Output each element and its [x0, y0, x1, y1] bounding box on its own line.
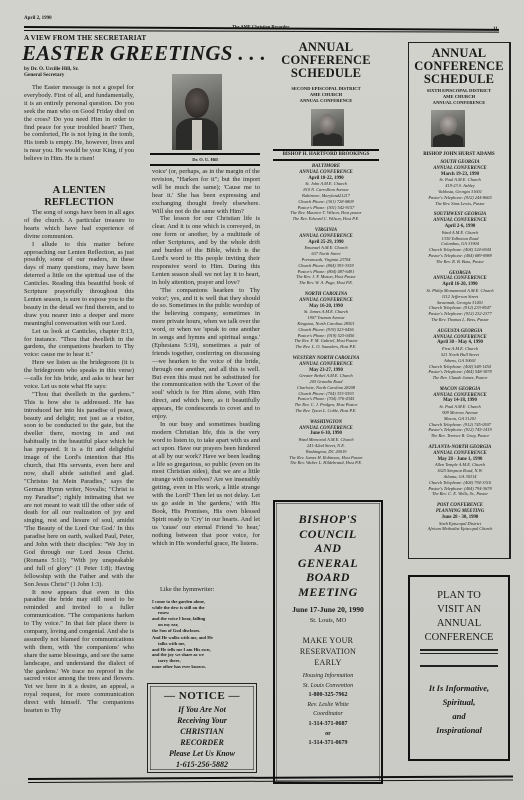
conference-line: The Rev. Tyson L. Coble, Host P.E.	[268, 408, 384, 414]
conference-baltimore: BALTIMORE ANNUAL CONFERENCE April 18-22,…	[268, 164, 384, 222]
title-line: AND	[275, 541, 381, 556]
byline-title: General Secretary	[24, 72, 79, 78]
conference-line: The Rev. Thomas L. Bess, Pastor	[404, 317, 516, 323]
conference-line: The Rev. Terence R. Gray, Pastor	[404, 433, 516, 439]
plan-tagline: It Is Informative, Spiritual, and Inspir…	[410, 681, 508, 737]
title-line: SCHEDULE	[273, 67, 379, 80]
callout-line: MAKE YOUR	[275, 635, 381, 646]
notice-line: Receiving Your	[148, 715, 256, 726]
bishop-brookings-name: BISHOP H. HARTFORD BROOKINGS	[268, 152, 384, 157]
meeting-city: St. Louis, MO	[275, 617, 381, 624]
conference-line: The Rev. Sims Lewis, Pastor	[404, 201, 516, 207]
caption-rule-bottom	[150, 164, 260, 166]
conference-virginia: VIRGINIA ANNUAL CONFERENCE April 25-29, …	[268, 228, 384, 286]
sixth-district-subtitle: SIXTH EPISCOPAL DISTRICT AME CHURCH ANNU…	[404, 88, 514, 105]
second-district-conference-list: BALTIMORE ANNUAL CONFERENCE April 18-22,…	[268, 164, 384, 472]
author-photo-caption: Dr. O. U. Hill	[150, 157, 260, 162]
housing-info: Housing Information St. Louis Convention…	[275, 672, 381, 749]
article-column-2: voice' (or, perhaps, as in the margin of…	[152, 168, 260, 548]
plan-rule-1b	[420, 653, 498, 654]
conference-line: The Rev. Walter L. Hildebrand, Host P.E.	[268, 460, 384, 466]
paragraph: It now appears that even in this paradis…	[24, 589, 134, 716]
issue-date: April 2, 1990	[24, 16, 52, 21]
photo-face	[185, 88, 209, 118]
conference-southwest-georgia: SOUTHWEST GEORGIA ANNUAL CONFERENCE Apri…	[404, 212, 516, 264]
meeting-date: June 17-June 20, 1990	[275, 605, 381, 614]
bishop-adams-photo	[431, 110, 465, 147]
tag-line: Spiritual,	[410, 695, 508, 709]
paragraph: Let us look at Canticles, chapter 8:13, …	[24, 328, 134, 360]
convention-name: St. Louis Convention	[275, 682, 381, 692]
conference-line: The Rev. Claude James, Pastor	[404, 375, 516, 381]
plan-rule-2	[420, 665, 498, 667]
article-column-1: The song of songs have been in all ages …	[24, 209, 134, 715]
coordinator-name: Rev. Leslie White	[275, 701, 381, 711]
photo-face	[319, 114, 336, 135]
reservation-callout: MAKE YOUR RESERVATION EARLY	[275, 635, 381, 668]
conference-line: The Rev. Edward C. Wilson, Host P.E.	[268, 216, 384, 222]
conference-augusta-georgia: AUGUSTA GEORGIA ANNUAL CONFERENCE April …	[404, 329, 516, 381]
conference-north-carolina: NORTH CAROLINA ANNUAL CONFERENCE May 16-…	[268, 292, 384, 350]
title-line: PLAN TO	[410, 589, 508, 603]
photo-face	[440, 114, 457, 136]
housing-label: Housing Information	[275, 672, 381, 682]
coordinator-phone-2: 1-314-371-0679	[275, 739, 381, 749]
plan-rule-1	[420, 649, 498, 651]
title-line: BISHOP'S	[275, 512, 381, 527]
notice-body: If You Are Not Receiving Your CHRISTIAN …	[148, 704, 256, 770]
title-line: BOARD	[275, 570, 381, 585]
hymn-intro: Like the hymnwriter:	[160, 586, 214, 593]
tag-line: and	[410, 709, 508, 723]
coordinator-phone-1: 1-314-371-0687	[275, 720, 381, 730]
photo-shirt	[192, 120, 202, 150]
second-district-title: ANNUAL CONFERENCE SCHEDULE	[273, 41, 379, 80]
subscription-notice-box: — NOTICE — If You Are Not Receiving Your…	[147, 683, 257, 773]
conference-line: The Rev. R. B. Bass, Pastor	[404, 259, 516, 265]
bishop-rule-bottom	[273, 159, 379, 161]
post-conference-planning-meeting: POST CONFERENCE PLANNING MEETING June 28…	[404, 503, 516, 532]
conference-atlanta-north-georgia: ATLANTA-NORTH GEORGIA ANNUAL CONFERENCE …	[404, 445, 516, 497]
coordinator-title: Coordinator	[275, 710, 381, 720]
newspaper-page: April 2, 1990 The AME Christian Recorder…	[0, 0, 524, 800]
notice-title: — NOTICE —	[148, 690, 256, 702]
sixth-district-conference-list: SOUTH GEORGIA ANNUAL CONFERENCE March 19…	[404, 160, 516, 538]
caption-rule-top	[150, 153, 260, 155]
bishops-council-box: BISHOP'S COUNCIL AND GENERAL BOARD MEETI…	[273, 500, 383, 784]
conference-washington: WASHINGTON ANNUAL CONFERENCE June 6-10, …	[268, 420, 384, 466]
hymn-line: none other has ever known.	[152, 664, 260, 670]
conference-line: The Rev. C. E. Wells, Sr., Pastor	[404, 491, 516, 497]
paragraph: I allude to this matter before approachi…	[24, 241, 134, 328]
conference-western-north-carolina: WESTERN NORTH CAROLINA ANNUAL CONFERENCE…	[268, 356, 384, 414]
plan-title: PLAN TO VISIT AN ANNUAL CONFERENCE	[410, 589, 508, 645]
second-district-subtitle: SECOND EPISCOPAL DISTRICT AME CHURCH ANN…	[273, 86, 379, 103]
callout-line: EARLY	[275, 657, 381, 668]
conference-line: The Rev. L. O. Saunders, Host P.E.	[268, 344, 384, 350]
paragraph: Here we listen as the bridegroom (it is …	[24, 359, 134, 391]
article-intro: The Easter message is not a gospel for e…	[24, 84, 134, 163]
bishop-brookings-photo	[311, 109, 344, 146]
title-line: COUNCIL	[275, 527, 381, 542]
notice-line: RECORDER	[148, 737, 256, 748]
housing-phone: 1-800-325-7962	[275, 691, 381, 701]
conference-macon-georgia: MACON GEORGIA ANNUAL CONFERENCE May 14-1…	[404, 387, 516, 439]
paragraph: The song of songs have been in all ages …	[24, 209, 134, 241]
bishops-council-title: BISHOP'S COUNCIL AND GENERAL BOARD MEETI…	[275, 512, 381, 599]
conference-line: The Rev. W. A. Page, Host P.E.	[268, 280, 384, 286]
notice-phone: 1-615-256-5882	[148, 759, 256, 770]
sixth-district-title: ANNUAL CONFERENCE SCHEDULE	[410, 47, 508, 86]
byline: by Dr. O. Urcille Hill, Sr. General Secr…	[24, 66, 79, 79]
conference-georgia: GEORGIA ANNUAL CONFERENCE April 16-20, 1…	[404, 271, 516, 323]
paragraph: 'The companions hearken to Thy voice'; y…	[152, 287, 260, 421]
intro-paragraph: The Easter message is not a gospel for e…	[24, 84, 134, 163]
paragraph: voice' (or, perhaps, as in the margin of…	[152, 168, 260, 215]
paragraph: In our busy and sometimes bustling moder…	[152, 421, 260, 548]
hymn-verse: I come to the garden alone, while the de…	[152, 599, 260, 669]
article-headline: EASTER GREETINGS . . .	[22, 41, 266, 66]
footer-rule-thin	[28, 779, 513, 783]
paragraph: The lesson for our Christian life is cle…	[152, 215, 260, 286]
callout-line: RESERVATION	[275, 646, 381, 657]
notice-line: Please Let Us Know	[148, 748, 256, 759]
bishop-adams-name: BISHOP JOHN HURST ADAMS	[404, 152, 514, 157]
title-line: MEETING	[275, 585, 381, 600]
plan-to-visit-box: PLAN TO VISIT AN ANNUAL CONFERENCE It Is…	[408, 575, 510, 761]
title-line: ANNUAL	[410, 617, 508, 631]
title-line: SCHEDULE	[410, 73, 508, 86]
tag-line: Inspirational	[410, 723, 508, 737]
notice-line: CHRISTIAN	[148, 726, 256, 737]
title-line: CONFERENCE	[410, 631, 508, 645]
bishop-rule-top	[273, 149, 379, 151]
title-line: VISIT AN	[410, 603, 508, 617]
or-text: or	[275, 730, 381, 740]
notice-line: If You Are Not	[148, 704, 256, 715]
conference-line: African Methodist Episcopal Church	[404, 526, 516, 532]
conference-south-georgia: SOUTH GEORGIA ANNUAL CONFERENCE March 19…	[404, 160, 516, 206]
title-line: GENERAL	[275, 556, 381, 571]
lenten-reflection-subhead: A LENTEN REFLECTION	[24, 185, 134, 208]
sub-line: ANNUAL CONFERENCE	[404, 100, 514, 106]
tag-line: It Is Informative,	[410, 681, 508, 695]
paragraph: "Thou that dwelleth in the gardens." Thi…	[24, 391, 134, 589]
author-photo	[172, 74, 222, 150]
sub-line: ANNUAL CONFERENCE	[273, 98, 379, 104]
